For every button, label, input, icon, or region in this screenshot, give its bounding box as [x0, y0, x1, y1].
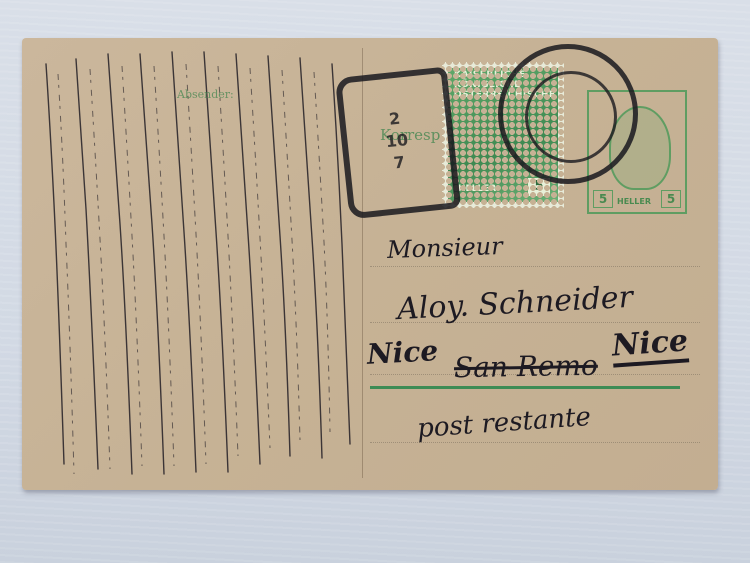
address-line — [370, 266, 700, 267]
stamp-currency: HELLER — [458, 184, 496, 194]
postmark-day: 2 — [382, 107, 406, 131]
postcard: Absender: Korresp 5 HELLER 5 KAISERLICHE… — [22, 38, 718, 490]
green-address-rule — [370, 386, 680, 389]
address-city-crossed: San Remo — [454, 349, 598, 385]
box-postmark: 2 10 7 — [335, 67, 461, 220]
round-postmark — [498, 44, 638, 184]
handwritten-message — [36, 44, 356, 484]
address-post-restante: post restante — [416, 402, 592, 444]
address-name: Aloy. Schneider — [396, 280, 634, 327]
stamp-value: 5 — [661, 190, 681, 208]
postmark-hour: 7 — [387, 151, 411, 175]
stamp-currency: HELLER — [617, 197, 651, 206]
sender-label: Absender: — [177, 88, 234, 101]
stamp-value: 5 — [593, 190, 613, 208]
address-city: Nice — [366, 334, 439, 371]
address-city-replacement: Nice — [611, 323, 690, 367]
postmark-month: 10 — [385, 129, 409, 153]
address-salutation: Monsieur — [387, 232, 504, 264]
